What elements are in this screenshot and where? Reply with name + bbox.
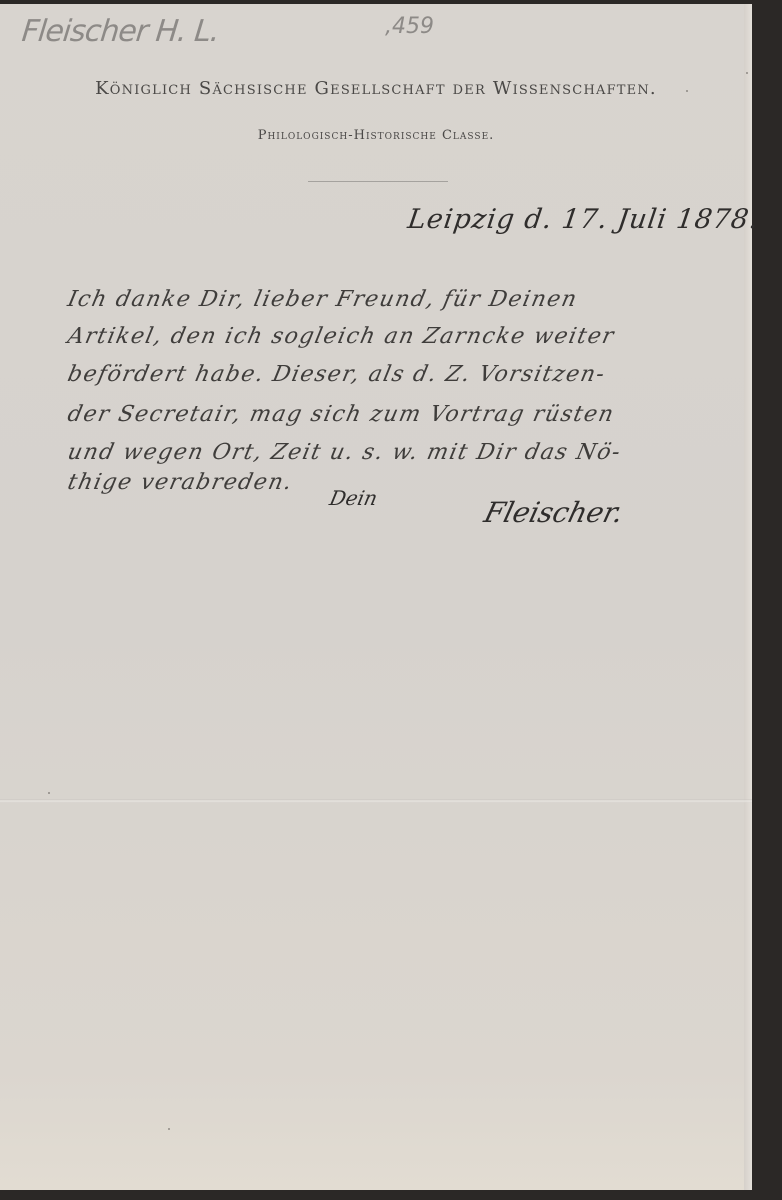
letter-body-line: befördert habe. Dieser, als d. Z. Vorsit… bbox=[65, 362, 608, 387]
archive-name-annotation: Fleischer H. L. bbox=[20, 14, 220, 49]
closing: Dein bbox=[327, 486, 379, 510]
dateline: Leipzig d. 17. Juli 1878. bbox=[406, 204, 761, 235]
letter-body-line: Ich danke Dir, lieber Freund, für Deinen bbox=[65, 287, 580, 312]
signature: Fleischer. bbox=[481, 496, 627, 529]
paper-speck bbox=[746, 72, 748, 74]
paper-fold-crease bbox=[0, 799, 752, 803]
paper-speck bbox=[48, 792, 50, 794]
paper-speck bbox=[686, 90, 688, 92]
letter-sheet: Fleischer H. L. ,459 Königlich Sächsisch… bbox=[0, 4, 752, 1190]
letter-body-line: und wegen Ort, Zeit u. s. w. mit Dir das… bbox=[65, 440, 623, 465]
folio-number: ,459 bbox=[385, 14, 434, 39]
letterhead-divider bbox=[308, 181, 448, 182]
letter-body-line: der Secretair, mag sich zum Vortrag rüst… bbox=[65, 402, 617, 427]
paper-edge bbox=[744, 4, 752, 1190]
paper-speck bbox=[168, 1128, 170, 1130]
letterhead-society: Königlich Sächsische Gesellschaft der Wi… bbox=[0, 78, 752, 99]
letter-body-line: thige verabreden. bbox=[65, 470, 295, 495]
letter-body-line: Artikel, den ich sogleich an Zarncke wei… bbox=[65, 324, 617, 349]
letterhead-class: Philologisch-Historische Classe. bbox=[0, 128, 752, 143]
